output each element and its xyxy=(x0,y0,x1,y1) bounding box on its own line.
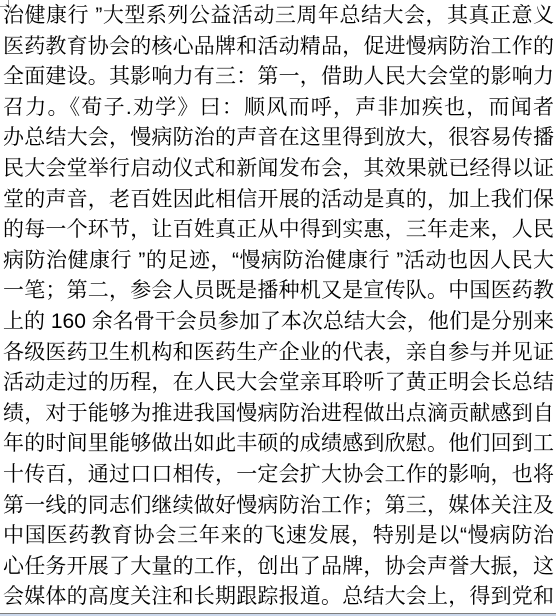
document-page: 治健康行 ”大型系列公益活动三周年总结大会，其真正意义就是借势打造中国医药教育协… xyxy=(0,0,556,616)
text-line: 民大会堂举行启动仪式和新闻发布会，其效果就已经得以证明：来自人民大会 xyxy=(3,154,554,185)
text-line: 活动走过的历程，在人民大会堂亲耳聆听了黄正明会长总结三年来所取得的成 xyxy=(3,368,554,399)
text-line: 办总结大会，慢病防治的声音在这里得到放大，很容易传播到全国各地。在人 xyxy=(3,123,554,154)
text-line: 会媒体的高度关注和长期跟踪报道。总结大会上，得到党和国家领导人及相关 xyxy=(3,582,554,613)
text-line: 第一线的同志们继续做好慢病防治工作；第三，媒体关注及时反映百姓心声。 xyxy=(3,491,554,522)
text-line: 上的 160 余名骨干会员参加了本次总结大会，他们是分别来自全国军队和地方 xyxy=(3,307,554,338)
text-line: 的每一个环节，让百姓真正从中得到实惠，三年走来，人民大会堂印证了“慢 xyxy=(3,215,554,246)
text-line: 绩，对于能够为推进我国慢病防治进程做出点滴贡献感到自豪，对于在短短三 xyxy=(3,399,554,430)
text-line: 心任务开展了大量的工作，创出了品牌，协会声誉大振，这期间始终得到了社 xyxy=(3,552,554,583)
text-line: 一笔；第二，参会人员既是播种机又是宣传队。中国医药教育协会副秘书长以 xyxy=(3,276,554,307)
text-line: 堂的声音，老百姓因此相信开展的活动是真的，加上我们保质保量地做好活动 xyxy=(3,185,554,216)
text-line: 中国医药教育协会三年来的飞速发展，特别是以“慢病防治健康行 ”活动为核 xyxy=(3,521,554,552)
text-line: 各级医药卫生机构和医药生产企业的代表，亲自参与并见证了三年来慢病防治 xyxy=(3,338,554,369)
text-line: 医药教育协会的核心品牌和活动精品，促进慢病防治工作的深入开展和协会的 xyxy=(3,32,554,63)
text-line: 年的时间里能够做出如此丰硕的成绩感到欣慰。他们回到工作各位，一传十、 xyxy=(3,429,554,460)
text-line: 全面建设。其影响力有三：第一，借助人民大会堂的影响力扩大慢病防治的号 xyxy=(3,62,554,93)
text-line: 治健康行 ”大型系列公益活动三周年总结大会，其真正意义就是借势打造中国 xyxy=(3,1,554,32)
text-line: 病防治健康行 ”的足迹，“慢病防治健康行 ”活动也因人民大会堂而画上重重 xyxy=(3,246,554,277)
document-text[interactable]: 治健康行 ”大型系列公益活动三周年总结大会，其真正意义就是借势打造中国医药教育协… xyxy=(3,1,554,613)
text-line: 十传百，通过口口相传，一定会扩大协会工作的影响，也将鼓励医药卫生工作 xyxy=(3,460,554,491)
text-line: 召力。《荀子.劝学》曰：顺风而呼，声非加疾也，而闻者彰。在人民大会堂举 xyxy=(3,93,554,124)
